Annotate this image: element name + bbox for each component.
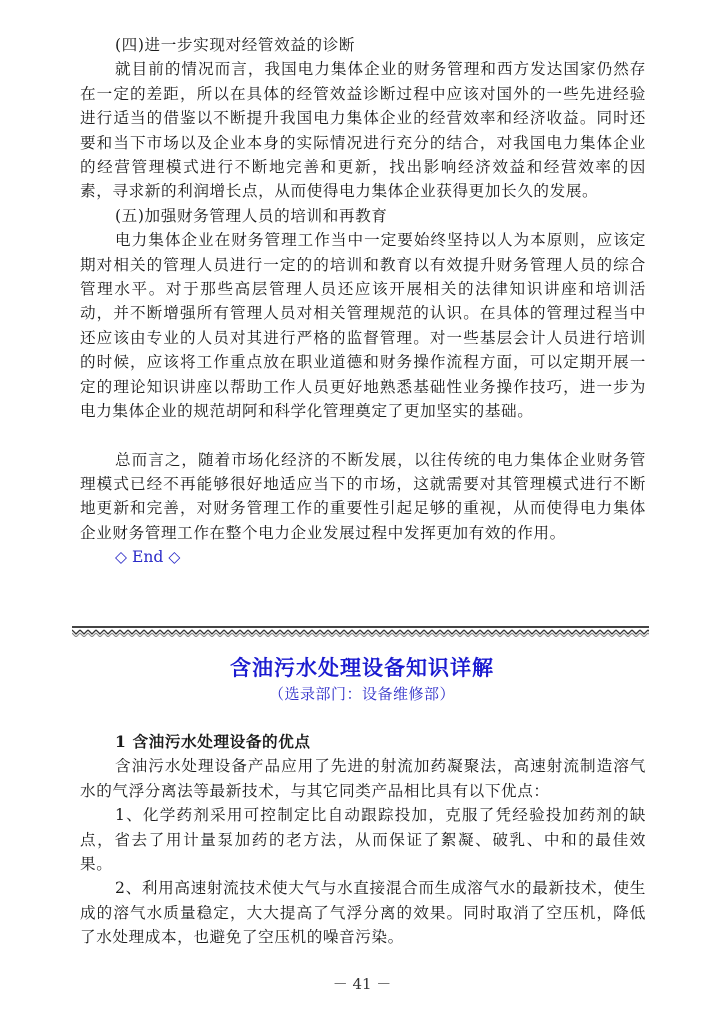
section-heading: 1 含油污水处理设备的优点 xyxy=(80,730,646,754)
article-title: 含油污水处理设备知识详解 xyxy=(0,652,724,682)
section-five-paragraph: 电力集体企业在财务管理工作当中一定要始终坚持以人为本原则，应该定期对相关的管理人… xyxy=(80,228,646,423)
article-source: （选录部门：设备维修部） xyxy=(0,683,724,704)
conclusion-paragraph: 总而言之，随着市场化经济的不断发展，以往传统的电力集体企业财务管理模式已经不再能… xyxy=(80,448,646,546)
point-2-paragraph: 2、利用高速射流技术使大气与水直接混合而生成溶气水的最新技术，使生成的溶气水质量… xyxy=(80,876,646,949)
previous-article-body: (四)进一步实现对经管效益的诊断 就目前的情况而言，我国电力集体企业的财务管理和… xyxy=(80,33,646,570)
point-1-paragraph: 1、化学药剂采用可控制定比自动跟踪投加，克服了凭经验投加药剂的缺点，省去了用计量… xyxy=(80,803,646,876)
section-four-heading: (四)进一步实现对经管效益的诊断 xyxy=(80,33,646,57)
page-number: － 41 － xyxy=(0,973,724,994)
divider-zigzag xyxy=(72,628,649,637)
section-four-paragraph: 就目前的情况而言，我国电力集体企业的财务管理和西方发达国家仍然存在一定的差距，所… xyxy=(80,57,646,203)
paragraph-gap xyxy=(80,424,646,448)
section-divider xyxy=(72,626,649,638)
article-body: 1 含油污水处理设备的优点 含油污水处理设备产品应用了先进的射流加药凝聚法，高速… xyxy=(80,730,646,950)
end-mark: ◇ End ◇ xyxy=(80,545,646,569)
intro-paragraph: 含油污水处理设备产品应用了先进的射流加药凝聚法，高速射流制造溶气水的气浮分离法等… xyxy=(80,754,646,803)
section-five-heading: (五)加强财务管理人员的培训和再教育 xyxy=(80,204,646,228)
